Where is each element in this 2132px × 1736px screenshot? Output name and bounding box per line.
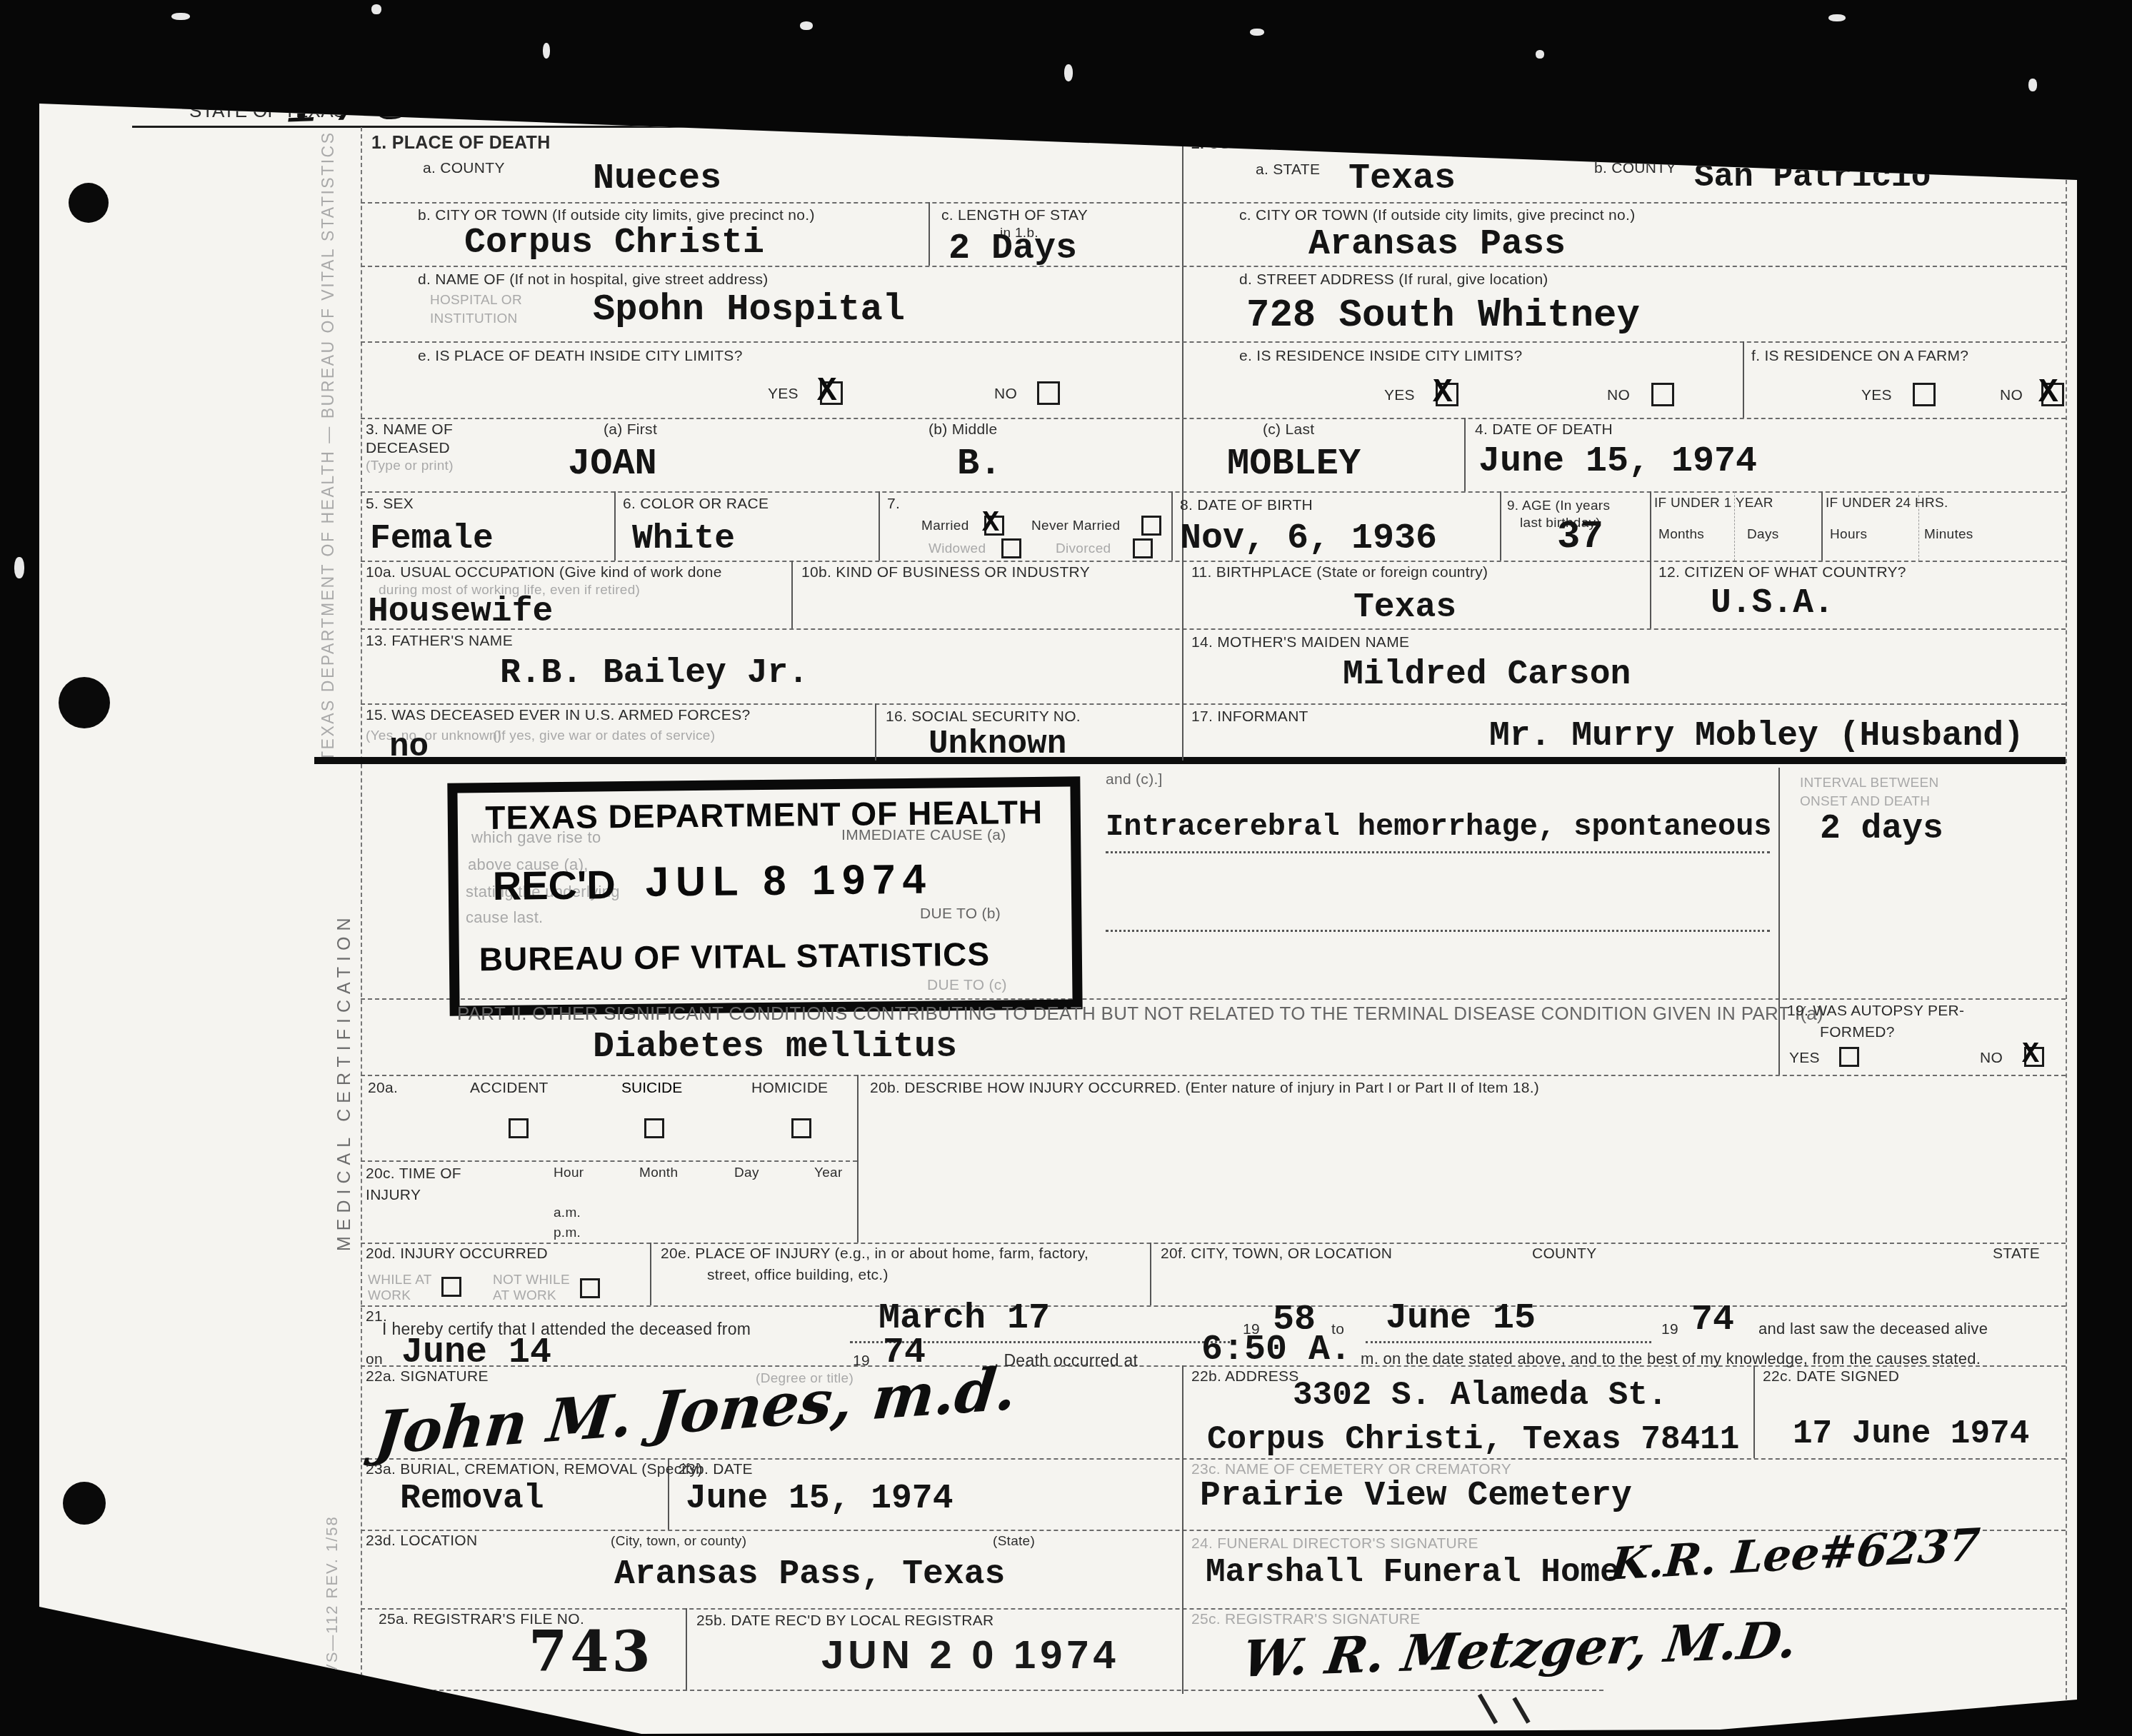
armed-forces-label: 15. WAS DECEASED EVER IN U.S. ARMED FORC… xyxy=(366,707,750,724)
checkbox-married[interactable]: X xyxy=(984,516,1004,536)
scan-speckle xyxy=(2028,79,2037,91)
scan-speckle xyxy=(171,13,190,20)
pod-limits-yes-label: YES xyxy=(768,386,799,403)
pm-label: p.m. xyxy=(554,1225,581,1241)
state-file-no-label: STATE FILE NO. xyxy=(1461,101,1576,119)
res-city-value[interactable]: Aransas Pass xyxy=(1308,224,1566,265)
attended-to-year[interactable]: 74 xyxy=(1691,1300,1734,1340)
street-address-value[interactable]: 728 South Whitney xyxy=(1246,294,1640,338)
burial-value[interactable]: Removal xyxy=(400,1480,544,1518)
minutes-label: Minutes xyxy=(1924,527,1973,543)
cause-line-a xyxy=(1106,851,1770,853)
row-line xyxy=(361,703,2066,705)
under-1-year-label: IF UNDER 1 YEAR xyxy=(1654,496,1773,511)
married-label: Married xyxy=(921,518,969,534)
stamp-line-1: TEXAS DEPARTMENT OF HEALTH xyxy=(458,793,1071,838)
certify-suffix: m. on the date stated above, and to the … xyxy=(1361,1350,1981,1368)
certify-mid: and last saw the deceased alive xyxy=(1758,1320,1988,1338)
cell-divider xyxy=(686,1608,687,1690)
birthplace-value[interactable]: Texas xyxy=(1353,588,1456,627)
cell-divider xyxy=(614,491,616,561)
accident-label: ACCIDENT xyxy=(470,1080,549,1097)
date-of-death-value[interactable]: June 15, 1974 xyxy=(1478,441,1757,482)
cell-divider xyxy=(879,491,880,561)
widowed-label: Widowed xyxy=(929,541,986,557)
injury-20f-label: 20f. CITY, TOWN, OR LOCATION xyxy=(1161,1245,1392,1263)
pod-county-label: a. COUNTY xyxy=(423,160,505,177)
state-col-label: STATE xyxy=(1993,1245,2040,1263)
handwritten-file-number: 4319 xyxy=(1340,44,1539,140)
scan-speckle xyxy=(371,4,381,14)
punch-hole xyxy=(59,677,110,728)
place-of-death-title: 1. PLACE OF DEATH xyxy=(371,133,551,154)
certificate-page: TEXAS DEPARTMENT OF HEALTH — BUREAU OF V… xyxy=(0,0,2132,1736)
first-name-value[interactable]: JOAN xyxy=(568,443,657,485)
certificate-title: CERTIFICATE OF DEATH xyxy=(1023,84,1390,116)
day-label: Day xyxy=(734,1165,759,1181)
row-line xyxy=(361,1075,2066,1076)
injury-20c-label-1: 20c. TIME OF xyxy=(366,1165,461,1183)
form-bottom-border xyxy=(361,1690,1603,1691)
checkbox-res-limits-no[interactable] xyxy=(1651,383,1674,406)
stamp-recd: REC'D xyxy=(492,861,616,909)
location-sub-1: (City, town, or county) xyxy=(611,1534,746,1550)
date-received-value[interactable]: JUN 2 0 1974 xyxy=(821,1631,1120,1677)
checkbox-farm-yes[interactable] xyxy=(1913,383,1936,406)
res-city-label: c. CITY OR TOWN (If outside city limits,… xyxy=(1239,207,1636,224)
row-line xyxy=(361,628,2066,630)
mother-label: 14. MOTHER'S MAIDEN NAME xyxy=(1191,634,1409,651)
checkbox-pod-limits-yes[interactable]: X xyxy=(820,381,843,405)
mother-value[interactable]: Mildred Carson xyxy=(1343,656,1631,694)
not-while-work-label: AT WORK xyxy=(493,1288,556,1304)
father-value[interactable]: R.B. Bailey Jr. xyxy=(500,654,809,693)
row-line xyxy=(361,491,2066,493)
age-value[interactable]: 37 xyxy=(1557,516,1603,559)
pod-city-label: b. CITY OR TOWN (If outside city limits,… xyxy=(418,207,815,224)
part2-label: PART II. OTHER SIGNIFICANT CONDITIONS CO… xyxy=(457,1003,1823,1025)
cell-divider xyxy=(929,202,930,266)
header-rule xyxy=(132,126,2077,128)
checkbox-pod-limits-no[interactable] xyxy=(1037,381,1060,405)
farm-no-label: NO xyxy=(2000,387,2023,404)
row-line xyxy=(361,1305,2066,1307)
pencil-scribble xyxy=(1512,1697,1530,1724)
hospital-label: d. NAME OF (If not in hospital, give str… xyxy=(418,271,769,289)
date-of-death-label: 4. DATE OF DEATH xyxy=(1475,421,1613,438)
interval-value[interactable]: 2 days xyxy=(1820,810,1943,848)
informant-label: 17. INFORMANT xyxy=(1191,708,1308,726)
checkbox-never-married[interactable] xyxy=(1141,516,1161,536)
cause-line-b xyxy=(1106,930,1770,932)
burial-label: 23a. BURIAL, CREMATION, REMOVAL (Specify… xyxy=(366,1461,703,1478)
pod-limits-no-label: NO xyxy=(994,386,1017,403)
scan-speckle xyxy=(1536,50,1544,59)
section-divider-lower xyxy=(1182,1365,1183,1694)
form-left-border xyxy=(361,127,362,1691)
margin-bureau-label: TEXAS DEPARTMENT OF HEALTH — BUREAU OF V… xyxy=(319,131,338,761)
scan-speckle xyxy=(543,43,550,59)
handwritten-code-2: 205-04 xyxy=(645,49,899,141)
margin-medical-label: MEDICAL CERTIFICATION xyxy=(334,912,355,1251)
last-name-value[interactable]: MOBLEY xyxy=(1227,443,1361,485)
cell-divider xyxy=(650,1243,651,1305)
heavy-divider xyxy=(314,757,2066,764)
certificate-number: 45006 xyxy=(1863,69,2096,143)
middle-name-value[interactable]: B. xyxy=(957,443,1001,485)
cell-divider xyxy=(1182,561,1183,628)
row-line xyxy=(361,341,2066,343)
punch-hole xyxy=(63,1482,106,1525)
handwritten-file-number-sup: 37 xyxy=(1508,36,1576,98)
divorced-label: Divorced xyxy=(1056,541,1111,557)
under-24-hrs-label: IF UNDER 24 HRS. xyxy=(1826,496,1948,511)
citizen-value[interactable]: U.S.A. xyxy=(1711,584,1834,623)
cell-divider xyxy=(1743,341,1744,418)
cell-divider xyxy=(791,561,793,628)
county-col-label: COUNTY xyxy=(1532,1245,1596,1263)
age-label-1: 9. AGE (In years xyxy=(1507,498,1610,514)
registrar-file-value[interactable]: 743 xyxy=(529,1620,654,1685)
checkbox-farm-no[interactable]: X xyxy=(2041,383,2064,406)
punch-hole xyxy=(69,183,109,223)
res-city-limits-label: e. IS RESIDENCE INSIDE CITY LIMITS? xyxy=(1239,348,1522,365)
checkbox-while-at-work[interactable] xyxy=(441,1277,461,1297)
dob-value[interactable]: Nov, 6, 1936 xyxy=(1180,518,1437,559)
while-at-label: WHILE AT xyxy=(368,1273,432,1288)
row-line xyxy=(361,561,2066,562)
first-name-label: (a) First xyxy=(604,421,657,438)
length-of-stay-label: c. LENGTH OF STAY xyxy=(941,207,1088,224)
cell-divider xyxy=(1182,628,1183,703)
injury-20a-label: 20a. xyxy=(368,1080,398,1097)
ssn-value[interactable]: Unknown xyxy=(929,726,1066,763)
checkbox-suicide[interactable] xyxy=(644,1118,664,1138)
occupation-label-1: 10a. USUAL OCCUPATION (Give kind of work… xyxy=(366,564,722,581)
autopsy-no-label: NO xyxy=(1980,1050,2003,1067)
interval-column-divider xyxy=(1778,768,1780,1075)
injury-20e-label-1: 20e. PLACE OF INJURY (e.g., in or about … xyxy=(661,1245,1088,1263)
autopsy-yes-label: YES xyxy=(1789,1050,1820,1067)
funeral-director-label: 24. FUNERAL DIRECTOR'S SIGNATURE xyxy=(1191,1535,1478,1552)
hospital-label-3: INSTITUTION xyxy=(430,311,518,327)
burial-date-label: 23b. DATE xyxy=(679,1461,753,1478)
citizen-label: 12. CITIZEN OF WHAT COUNTRY? xyxy=(1658,564,1906,581)
sex-value[interactable]: Female xyxy=(370,520,494,558)
checkbox-divorced[interactable] xyxy=(1133,538,1153,558)
signature-label: 22a. SIGNATURE xyxy=(366,1368,489,1385)
interval-label-2: ONSET AND DEATH xyxy=(1800,794,1930,810)
ssn-label: 16. SOCIAL SECURITY NO. xyxy=(886,708,1081,726)
injury-20d-label: 20d. INJURY OCCURRED xyxy=(366,1245,548,1263)
cell-divider xyxy=(1650,561,1651,628)
injury-20e-label-2: street, office building, etc.) xyxy=(707,1267,889,1284)
location-value[interactable]: Aransas Pass, Texas xyxy=(614,1555,1005,1594)
checkbox-autopsy-no[interactable]: X xyxy=(2024,1047,2044,1067)
cell-divider xyxy=(1150,1243,1151,1305)
while-work-label: WORK xyxy=(368,1288,411,1304)
res-state-value[interactable]: Texas xyxy=(1348,159,1456,199)
res-farm-label: f. IS RESIDENCE ON A FARM? xyxy=(1751,348,1968,365)
checkbox-autopsy-yes[interactable] xyxy=(1839,1047,1859,1067)
stamp-line-2: BUREAU OF VITAL STATISTICS xyxy=(479,935,991,978)
cell-divider xyxy=(1821,491,1823,561)
cell-divider xyxy=(875,703,876,761)
pod-county-value[interactable]: Nueces xyxy=(593,159,721,199)
received-stamp: TEXAS DEPARTMENT OF HEALTH REC'D JUL 8 1… xyxy=(447,776,1082,1015)
form-right-border xyxy=(2066,180,2067,1700)
checkbox-accident[interactable] xyxy=(509,1118,529,1138)
hour-label: Hour xyxy=(554,1165,584,1181)
suicide-label: SUICIDE xyxy=(621,1080,682,1097)
injury-20b-label: 20b. DESCRIBE HOW INJURY OCCURRED. (Ente… xyxy=(870,1080,1539,1097)
usual-residence-title: 2. USUAL RESIDENCE (Where deceased lived… xyxy=(1191,136,1842,153)
address-line-1[interactable]: 3302 S. Alameda St. xyxy=(1293,1377,1668,1414)
burial-date-value[interactable]: June 15, 1974 xyxy=(686,1480,953,1518)
am-label: a.m. xyxy=(554,1205,581,1221)
not-while-label: NOT WHILE xyxy=(493,1273,570,1288)
pod-city-limits-label: e. IS PLACE OF DEATH INSIDE CITY LIMITS? xyxy=(418,348,743,365)
armed-forces-sub-1: (Yes, no, or unknown) xyxy=(366,728,501,744)
attended-to-value[interactable]: June 15 xyxy=(1386,1298,1536,1339)
immediate-cause-value[interactable]: Intracerebral hemorrhage, spontaneous xyxy=(1106,810,1772,844)
row-line xyxy=(361,1243,2066,1244)
part2-value[interactable]: Diabetes mellitus xyxy=(593,1027,957,1068)
birthplace-label: 11. BIRTHPLACE (State or foreign country… xyxy=(1191,564,1488,581)
year-label: Year xyxy=(814,1165,843,1181)
name-label-2: DECEASED xyxy=(366,440,450,457)
cell-divider xyxy=(1182,703,1183,761)
farm-yes-label: YES xyxy=(1861,387,1892,404)
date-signed-label: 22c. DATE SIGNED xyxy=(1763,1368,1899,1385)
cell-divider xyxy=(1650,491,1651,561)
handwritten-code-1: 178-01-2 xyxy=(281,44,604,139)
res-county-value[interactable]: San Patricio xyxy=(1694,159,1931,196)
on-label: on xyxy=(366,1351,383,1368)
res-limits-no-label: NO xyxy=(1607,387,1630,404)
informant-value[interactable]: Mr. Murry Mobley (Husband) xyxy=(1489,717,2024,756)
last-name-label: (c) Last xyxy=(1263,421,1314,438)
date-signed-value[interactable]: 17 June 1974 xyxy=(1793,1415,2029,1452)
res-county-label: b. COUNTY xyxy=(1594,160,1676,177)
interval-label-1: INTERVAL BETWEEN xyxy=(1800,776,1938,791)
occupation-value[interactable]: Housewife xyxy=(368,593,553,631)
race-value[interactable]: White xyxy=(632,520,735,558)
cemetery-label: 23c. NAME OF CEMETERY OR CREMATORY xyxy=(1191,1461,1511,1478)
armed-forces-sub-2: (If yes, give war or dates of service) xyxy=(493,728,715,744)
race-label: 6. COLOR OR RACE xyxy=(623,496,769,513)
fill-line xyxy=(1366,1341,1651,1343)
autopsy-label-2: FORMED? xyxy=(1820,1024,1895,1041)
address-line-2[interactable]: Corpus Christi, Texas 78411 xyxy=(1207,1421,1739,1458)
scan-speckle xyxy=(1828,14,1846,21)
cell-divider xyxy=(1753,1365,1755,1458)
row-line xyxy=(361,1160,857,1162)
cell-divider xyxy=(1500,491,1501,561)
father-label: 13. FATHER'S NAME xyxy=(366,633,513,650)
injury-20c-label-2: INJURY xyxy=(366,1187,421,1204)
month-label: Month xyxy=(639,1165,678,1181)
cemetery-value[interactable]: Prairie View Cemetery xyxy=(1200,1477,1632,1515)
checkbox-res-limits-yes[interactable]: X xyxy=(1436,383,1458,406)
date-received-label: 25b. DATE REC'D BY LOCAL REGISTRAR xyxy=(696,1612,994,1630)
row-line xyxy=(361,202,2066,204)
scan-speckle xyxy=(1250,29,1264,36)
year-19-b: 19 xyxy=(1661,1321,1678,1338)
stamp-date: JUL 8 1974 xyxy=(645,856,933,906)
sex-label: 5. SEX xyxy=(366,496,414,513)
scan-speckle xyxy=(800,21,813,30)
row-line xyxy=(361,418,2066,419)
res-limits-yes-label: YES xyxy=(1384,387,1415,404)
row-line xyxy=(361,1458,2066,1460)
name-label-1: 3. NAME OF xyxy=(366,421,453,438)
funeral-home-value[interactable]: Marshall Funeral Home xyxy=(1206,1554,1620,1591)
row-line xyxy=(361,1608,2066,1610)
homicide-label: HOMICIDE xyxy=(751,1080,828,1097)
checkbox-homicide[interactable] xyxy=(791,1118,811,1138)
row-line xyxy=(361,266,2066,267)
death-time-value[interactable]: 6:50 A. xyxy=(1201,1330,1351,1370)
last-seen-value[interactable]: June 14 xyxy=(401,1333,551,1373)
industry-label: 10b. KIND OF BUSINESS OR INDUSTRY xyxy=(801,564,1090,581)
hospital-label-2: HOSPITAL OR xyxy=(430,293,522,308)
location-sub-2: (State) xyxy=(993,1534,1035,1550)
cause-label-fragment: and (c).] xyxy=(1106,771,1163,788)
hours-label: Hours xyxy=(1830,527,1867,543)
cell-divider xyxy=(857,1075,859,1243)
checkbox-not-while-at-work[interactable] xyxy=(580,1278,600,1298)
never-married-label: Never Married xyxy=(1031,518,1120,534)
pod-city-value[interactable]: Corpus Christi xyxy=(464,223,764,264)
marital-label: 7. xyxy=(887,496,900,513)
res-state-label: a. STATE xyxy=(1256,161,1320,179)
months-label: Months xyxy=(1658,527,1704,543)
cell-divider xyxy=(1464,418,1466,491)
scan-speckle xyxy=(1064,64,1073,81)
pencil-scribble xyxy=(1478,1694,1498,1725)
street-address-label: d. STREET ADDRESS (If rural, give locati… xyxy=(1239,271,1548,289)
scan-speckle xyxy=(14,557,24,578)
cell-divider xyxy=(1171,491,1173,561)
hospital-value[interactable]: Spohn Hospital xyxy=(593,289,905,331)
address-label: 22b. ADDRESS xyxy=(1191,1368,1299,1385)
days-label: Days xyxy=(1747,527,1779,543)
name-label-3: (Type or print) xyxy=(366,458,454,474)
middle-name-label: (b) Middle xyxy=(929,421,997,438)
margin-form-number: VS—112 REV. 1/58 xyxy=(323,1515,341,1675)
length-of-stay-value[interactable]: 2 Days xyxy=(949,229,1077,269)
dob-label: 8. DATE OF BIRTH xyxy=(1180,497,1313,514)
location-label: 23d. LOCATION xyxy=(366,1532,477,1550)
checkbox-widowed[interactable] xyxy=(1001,538,1021,558)
armed-forces-value[interactable]: no xyxy=(389,728,429,766)
autopsy-label-1: 19. WAS AUTOPSY PER- xyxy=(1787,1003,1964,1020)
